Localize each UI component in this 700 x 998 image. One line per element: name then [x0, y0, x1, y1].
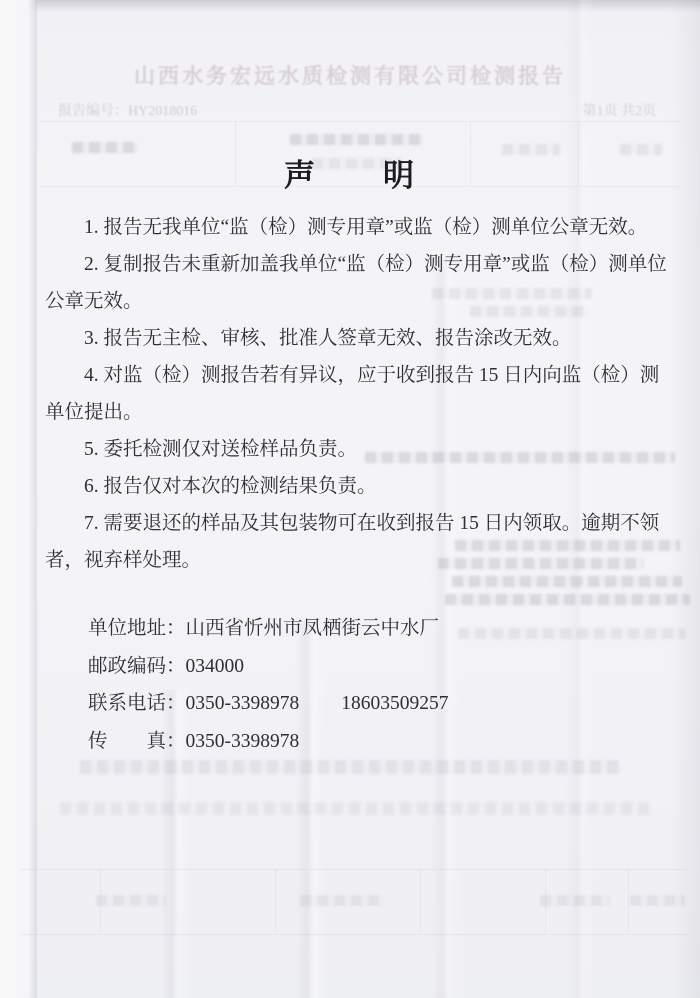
bleedthrough-smudge: [290, 134, 422, 145]
bleedthrough-smudge: [96, 895, 166, 906]
bleedthrough-smudge: [300, 895, 385, 906]
bleedthrough-smudge: [458, 628, 686, 639]
contact-address-label: 单位地址：: [88, 618, 186, 639]
bleedthrough-table-line: [420, 869, 421, 934]
contact-postcode: 邮政编码：034000: [88, 648, 449, 686]
statement-item-6: 6. 报告仅对本次的检测结果负责。: [45, 468, 667, 505]
contact-fax: 传 真：0350-3398978: [88, 723, 449, 761]
contact-fax-label: 传 真：: [88, 731, 186, 752]
contact-phone-value: 0350-3398978: [186, 693, 300, 714]
contact-phone: 联系电话：0350-339897818603509257: [88, 685, 449, 723]
bleedthrough-table-line: [275, 869, 276, 934]
bleedthrough-table-line: [40, 121, 680, 122]
statement-item-3: 3. 报告无主检、审核、批准人签章无效、报告涂改无效。: [45, 320, 667, 357]
contact-block: 单位地址：山西省忻州市凤栖街云中水厂 邮政编码：034000 联系电话：0350…: [88, 610, 449, 760]
scan-top-edge-shadow: [0, 0, 700, 12]
bleedthrough-table-line: [628, 869, 629, 934]
bleedthrough-table-line: [20, 869, 688, 870]
contact-phone-label: 联系电话：: [88, 693, 186, 714]
bleedthrough-smudge: [445, 594, 690, 605]
statement-body: 1. 报告无我单位“监（检）测专用章”或监（检）测单位公章无效。 2. 复制报告…: [45, 209, 667, 579]
bleedthrough-smudge: [630, 895, 685, 906]
contact-postcode-label: 邮政编码：: [88, 656, 186, 677]
scanned-document-page: 山西水务宏远水质检测有限公司检测报告 报告编号：HY2018016 第1页 共2…: [0, 0, 700, 998]
bleedthrough-smudge: [540, 895, 610, 906]
contact-address: 单位地址：山西省忻州市凤栖街云中水厂: [88, 610, 449, 648]
bleedthrough-handwriting: [80, 760, 620, 774]
bleedthrough-page-number: 第1页 共2页: [583, 100, 657, 120]
statement-item-2: 2. 复制报告未重新加盖我单位“监（检）测专用章”或监（检）测单位公章无效。: [45, 246, 667, 320]
contact-mobile-value: 18603509257: [341, 693, 448, 714]
page-title: 声 明: [0, 150, 700, 195]
statement-item-5: 5. 委托检测仅对送检样品负责。: [45, 431, 667, 468]
bleedthrough-company-header: 山西水务宏远水质检测有限公司检测报告: [0, 60, 700, 90]
contact-fax-value: 0350-3398978: [186, 731, 300, 752]
bleedthrough-table-line: [20, 934, 688, 935]
contact-address-value: 山西省忻州市凤栖街云中水厂: [186, 618, 440, 639]
statement-item-1: 1. 报告无我单位“监（检）测专用章”或监（检）测单位公章无效。: [45, 209, 667, 246]
contact-postcode-value: 034000: [186, 656, 245, 677]
bleedthrough-handwriting: [60, 802, 650, 815]
statement-item-7: 7. 需要退还的样品及其包装物可在收到报告 15 日内领取。逾期不领者，视弃样处…: [45, 505, 667, 579]
statement-item-4: 4. 对监（检）测报告若有异议，应于收到报告 15 日内向监（检）测单位提出。: [45, 357, 667, 431]
bleedthrough-report-number: 报告编号：HY2018016: [58, 100, 197, 120]
